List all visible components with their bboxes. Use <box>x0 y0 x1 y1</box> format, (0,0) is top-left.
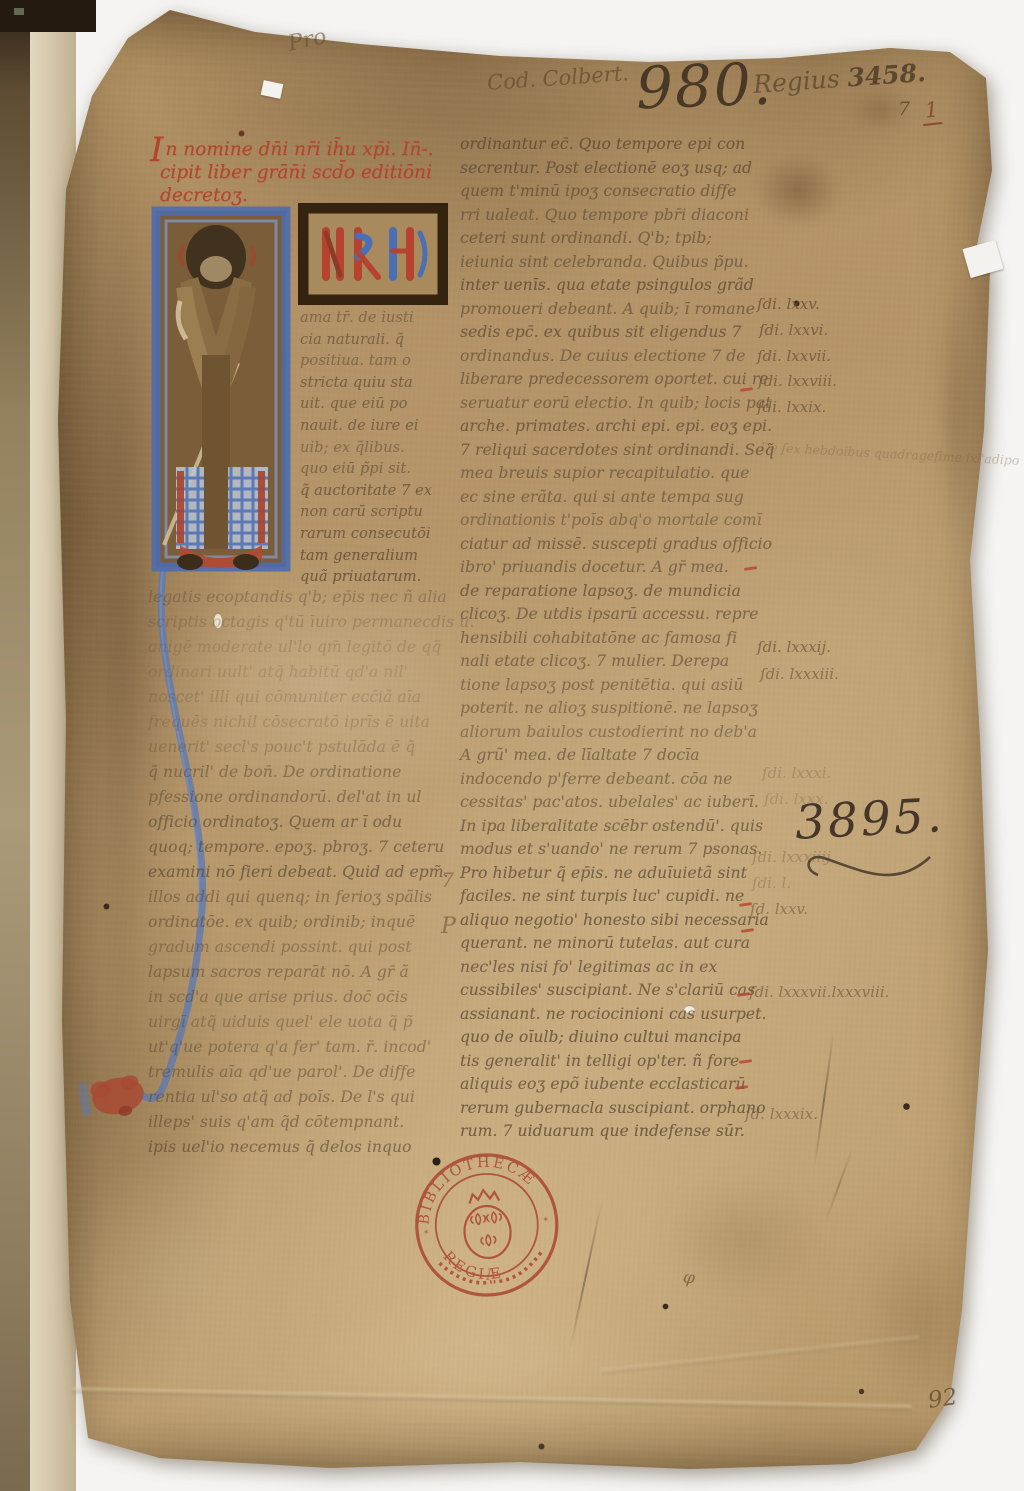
text-line: aliquo negotio' honesto sibi necessaria <box>460 909 775 933</box>
text-line: faciles. ne sint turpis luc' cupidi. ne <box>460 885 775 909</box>
text-line: rarum consecutōi <box>300 524 470 546</box>
text-line: gradum ascendi possint. qui post <box>148 935 478 960</box>
text-line: ama tr̄. de iusti <box>300 308 470 330</box>
text-line: ec sine erãta. qui si ante tempa sug <box>460 486 775 510</box>
text-line: querant. ne minorū tutelas. aut cura <box>460 932 775 956</box>
text-line: examini nō fieri debeat. Quid ad epm̃. <box>148 860 478 885</box>
text-line: q̃ auctoritate 7 ex <box>300 481 470 503</box>
ink-specks <box>0 0 3 3</box>
stain <box>858 1224 988 1414</box>
figure-face <box>200 256 232 282</box>
decorated-title-panel <box>298 203 448 305</box>
text-line: uenerit' secl's pouc't pstulāda ē q̃ <box>148 735 478 760</box>
text-line: uit. que eiū po <box>300 394 470 416</box>
text-line: modus et s'uando' ne rerum 7 psonas. <box>460 838 775 862</box>
text-line: indocendo p'ferre debeant. cōa ne <box>460 768 775 792</box>
text-line: illeps' suis q'am q̃d cōtempnant. <box>148 1110 478 1135</box>
text-line: poterit. ne alioʒ suspitionē. ne lapsoʒ <box>460 697 775 721</box>
stamp-fleurs <box>470 1211 504 1247</box>
text-line: positiua. tam o <box>300 351 470 373</box>
shelfmark-3895: 3895. <box>794 788 946 851</box>
numeral-one: 1 <box>921 97 943 126</box>
text-line: uirgī atq̃ uiduis quel' ele uota q̃ p̃ <box>148 1010 478 1035</box>
binding-spine <box>0 0 30 1491</box>
text-line: ut'q'ue potera q'a fer' tam. r̄. incod' <box>148 1035 478 1060</box>
column1-lower-text: legatis ecoptandis q'b; ep̄is nec ñ alia… <box>148 585 478 1160</box>
stamp-shield <box>462 1204 513 1261</box>
text-line: hensibili cohabitatōne ac famosa fi <box>460 627 775 651</box>
text-line: quoq; tempore. epoʒ. pbroʒ. 7 ceteru <box>148 835 478 860</box>
regius-number: 3458. <box>846 58 926 92</box>
text-line: Pro hibetur q̃ ep̄is. ne aduīuietã sint <box>460 862 775 886</box>
text-line: uib; ex q̃libus. <box>300 438 470 460</box>
text-line: ibro' priuandis docetur. A gr̄ mea. <box>460 556 775 580</box>
text-line: noscet' illi qui cōmuniter ecc̄iã aīa <box>148 685 478 710</box>
text-line: secrentur. Post electionē eoʒ usq; ad <box>460 157 775 181</box>
stamp-star-right: * <box>543 1217 549 1227</box>
text-line: cussibiles' suscipiant. Ne s'clariū cas <box>460 979 775 1003</box>
text-line: arche. primates. archi epi. epi. eoʒ epi… <box>460 415 775 439</box>
manuscript-page-scan: In nomine dn̄i nr̄i ih̄u xp̄i. In̄-. cip… <box>0 0 1024 1491</box>
text-line: inter uenīs. qua etate psingulos grãd <box>460 274 775 298</box>
red-sketch-blob <box>89 1072 148 1122</box>
text-line: nauit. de iure ei <box>300 416 470 438</box>
column1-upper-text: ama tr̄. de iusticia naturali. q̃positiu… <box>300 308 470 589</box>
text-line: ieiunia sint celebranda. Quibus p̃pu. <box>460 251 775 275</box>
text-line: assianant. ne rociocinioni cas usurpet. <box>460 1003 775 1027</box>
text-line: ceteri sunt ordinandi. Q'b; tpib; <box>460 227 775 251</box>
text-line: 7 reliqui sacerdotes sint ordinandi. Seq… <box>460 439 775 463</box>
text-line: rri ualeat. Quo tempore pbr̄i diaconi <box>460 204 775 228</box>
text-line: officio ordinatoʒ. Quem ar ī odu <box>148 810 478 835</box>
text-line: seruatur eorū electio. In quib; locis pa… <box>460 392 775 416</box>
illuminated-initial-figure-panel <box>150 205 292 573</box>
text-line: tam generalium <box>300 546 470 568</box>
text-line: q̃ nucril' de bon̄. De ordinatione <box>148 760 478 785</box>
incipit-rubric: In nomine dn̄i nr̄i ih̄u xp̄i. In̄-. cip… <box>150 138 490 207</box>
text-line: pfessione ordinandorū. del'at in ul <box>148 785 478 810</box>
text-line: stricta quiu sta <box>300 373 470 395</box>
text-line: aliquis eoʒ epõ iubente ecclasticarū <box>460 1073 775 1097</box>
text-line: lapsum sacros reparāt nō. A gr̄ ã <box>148 960 478 985</box>
library-stamp: BIBLIOTHECÆ REGIÆ * * <box>394 1138 580 1317</box>
text-line: quo de oīulb; diuino cultui mancipa <box>460 1026 775 1050</box>
figure-foot <box>177 554 203 570</box>
shelfmark-flourish <box>798 845 958 897</box>
text-line: A grũ' mea. de līaltate 7 docīa <box>460 744 775 768</box>
binding-thread <box>14 8 24 15</box>
figure-legs <box>204 453 228 549</box>
rubric-line-2: cipit liber grān̄i scd̄o editiōni decret… <box>160 161 490 207</box>
text-line: tis generalit' in telligi op'ter. ñ fore <box>460 1050 775 1074</box>
text-line: ciatur ad missē. suscepti gradus officio <box>460 533 775 557</box>
text-line: tremulis aīa qd'ue parol'. De diffe <box>148 1060 478 1085</box>
text-line: clicoʒ. De utdis ipsarū accessu. repre <box>460 603 775 627</box>
text-line: frequēs nichil cōsecratō iprīs ē uita <box>148 710 478 735</box>
text-line: ordinandus. De cuius electione 7 de <box>460 345 775 369</box>
text-line: nec'les nisi fo' legitimas ac in ex <box>460 956 775 980</box>
text-line: anigē moderate ul'lo qm̃ legitō de qq̃ <box>148 635 478 660</box>
text-line: nali etate clicoʒ. 7 mulier. Derepa <box>460 650 775 674</box>
text-line: sedis epc̄. ex quibus sit eligendus 7 <box>460 321 775 345</box>
text-line: rerum gubernacla suscipiant. orphano <box>460 1097 775 1121</box>
text-line: non carū scriptu <box>300 502 470 524</box>
numeral-seven: 7 <box>898 98 910 120</box>
text-line: mea breuis supior recapitulatio. que <box>460 462 775 486</box>
text-line: cessitas' pac'atos. ubelales' ac iuberī. <box>460 791 775 815</box>
column2-text: ordinantur ec̄. Quo tempore epi consecre… <box>460 133 775 1144</box>
text-line: ordinantur ec̄. Quo tempore epi con <box>460 133 775 157</box>
stamp-crown <box>468 1189 499 1204</box>
regius-word: Regius <box>752 64 840 99</box>
blue-dab <box>78 1081 92 1116</box>
text-line: tione lapsoʒ post penitētia. qui asiū <box>460 674 775 698</box>
folio-number: 92 <box>926 1384 959 1414</box>
text-line: quo eiū p̃pi sit. <box>300 459 470 481</box>
text-line: ordinationis t'poīs abq'o mortale comī <box>460 509 775 533</box>
text-line: rum. 7 uiduarum que indefense sūr. <box>460 1120 775 1144</box>
text-line: cia naturali. q̃ <box>300 330 470 352</box>
text-line: ordinari uult' atq̃ habitū qd'a nil' <box>148 660 478 685</box>
text-line: scriptis octagis q'tū īuiro permanecdis … <box>148 610 478 635</box>
text-line: In ipa liberalitate scēbr ostendū'. quis <box>460 815 775 839</box>
text-line: ordinatōe. ex quib; ordinib; inquē <box>148 910 478 935</box>
text-line: liberare predecessorem oportet. cui re <box>460 368 775 392</box>
figure-foot <box>233 554 259 570</box>
text-line: illos addi qui quenq; in ferioʒ spãlis <box>148 885 478 910</box>
text-line: legatis ecoptandis q'b; ep̄is nec ñ alia <box>148 585 478 610</box>
text-line: in scd'a que arise prius. doc̄ oc̄is <box>148 985 478 1010</box>
text-line: aliorum baiulos custodierint no deb'a <box>460 721 775 745</box>
text-line: promoueri debeant. A quib; ī romane <box>460 298 775 322</box>
text-line: de reparatione lapsoʒ. de mundicia <box>460 580 775 604</box>
rubric-line-1: In nomine dn̄i nr̄i ih̄u xp̄i. In̄-. <box>150 138 490 161</box>
text-line: rentia ul'so atq̃ ad poīs. De l's qui <box>148 1085 478 1110</box>
text-line: quem t'minū ipoʒ consecratio diffe <box>460 180 775 204</box>
stamp-star-left: * <box>424 1229 430 1239</box>
stain <box>936 274 980 544</box>
stain <box>68 1144 298 1414</box>
